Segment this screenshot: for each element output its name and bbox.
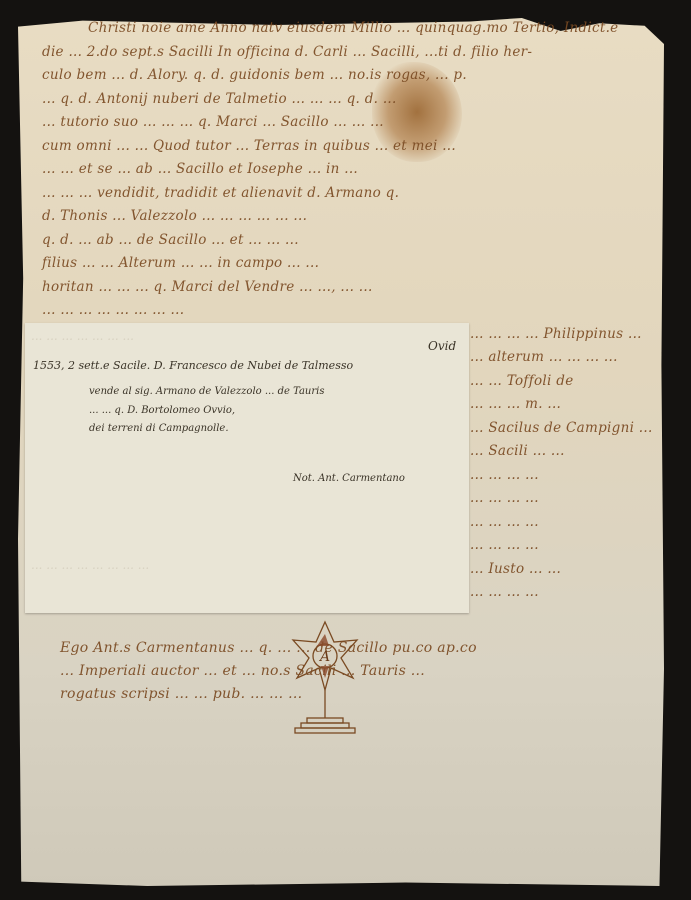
script-line: ... ... ... ... xyxy=(470,514,539,530)
script-line: die ... 2.do sept.s Sacilli In officina … xyxy=(42,44,532,60)
script-line: horitan ... ... ... q. Marci del Vendre … xyxy=(42,279,373,295)
script-line: ... ... ... ... xyxy=(470,537,539,553)
script-line: ... q. d. Antonij nuberi de Talmetio ...… xyxy=(42,91,397,107)
script-line: culo bem ... d. Alory. q. d. guidonis be… xyxy=(42,67,467,83)
label-signature: Not. Ant. Carmentano xyxy=(293,473,405,484)
script-line: ... alterum ... ... ... ... xyxy=(470,349,618,365)
script-line: ... ... ... vendidit, tradidit et aliena… xyxy=(42,185,399,201)
script-line: filius ... ... Alterum ... ... in campo … xyxy=(42,255,319,271)
label-archive-name: Ovid xyxy=(428,339,456,353)
label-line-3: ... ... q. D. Bortolomeo Ovvio, xyxy=(89,405,235,416)
script-line: ... ... ... ... xyxy=(470,584,539,600)
script-line: ... ... et se ... ab ... Sacillo et Iose… xyxy=(42,161,358,177)
bleedthrough-line: ... ... ... ... ... ... ... xyxy=(25,329,469,343)
script-line: Christi noie ame Anno natv eiusdem Milli… xyxy=(88,20,618,36)
script-line: ... ... ... ... ... ... ... ... xyxy=(42,302,184,318)
script-line: ... ... Toffoli de xyxy=(470,373,574,389)
script-line: q. d. ... ab ... de Sacillo ... et ... .… xyxy=(42,232,299,248)
script-line: ... tutorio suo ... ... ... q. Marci ...… xyxy=(42,114,384,130)
label-line-2: vende al sig. Armano de Valezzolo ... de… xyxy=(89,386,324,397)
script-line: ... ... ... ... xyxy=(470,490,539,506)
script-line: d. Thonis ... Valezzolo ... ... ... ... … xyxy=(42,208,307,224)
script-line: ... ... ... ... xyxy=(470,467,539,483)
label-line-1: 1553, 2 sett.e Sacile. D. Francesco de N… xyxy=(33,359,353,372)
subscription-line: rogatus scripsi ... ... pub. ... ... ... xyxy=(60,686,302,702)
svg-text:A: A xyxy=(318,649,330,665)
script-line: ... Sacili ... ... xyxy=(470,443,565,459)
script-line: ... ... ... m. ... xyxy=(470,396,561,412)
bleedthrough-line: ... ... ... ... ... ... ... ... xyxy=(25,558,469,572)
script-line: ... Sacilus de Campigni ... xyxy=(470,420,653,436)
pasted-label: ... ... ... ... ... ... ... ... ... ... … xyxy=(25,323,469,613)
subscription-line: ... Imperiali auctor ... et ... no.s Sac… xyxy=(60,663,425,679)
script-line: cum omni ... ... Quod tutor ... Terras i… xyxy=(42,138,456,154)
script-line: ... ... ... ... Philippinus ... xyxy=(470,326,642,342)
script-line: ... Iusto ... ... xyxy=(470,561,561,577)
subscription-line: Ego Ant.s Carmentanus ... q. ... ... de … xyxy=(60,640,477,656)
label-line-4: dei terreni di Campagnolle. xyxy=(89,423,229,434)
notarial-signum-icon: A xyxy=(285,620,365,740)
